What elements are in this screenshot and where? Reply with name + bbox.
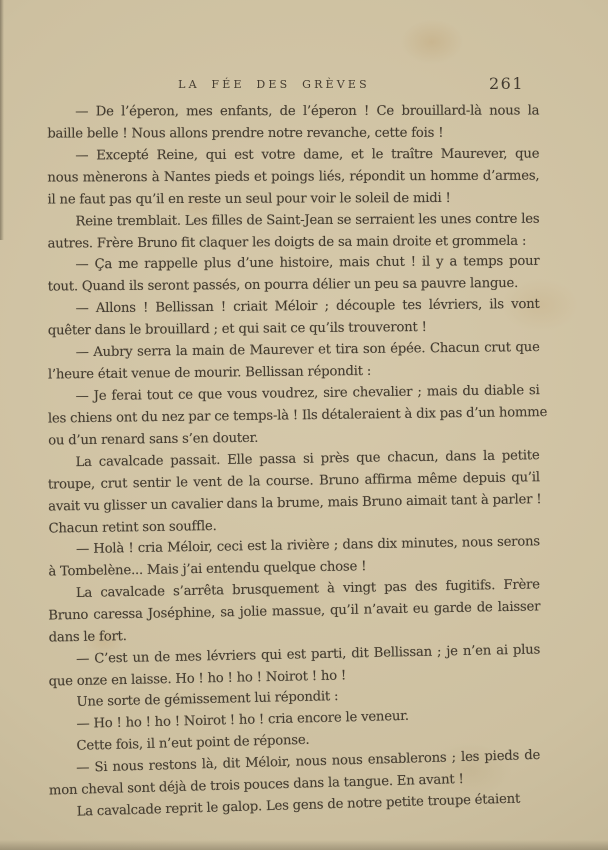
paragraph: — Allons ! Bellissan ! criait Méloir ; d… bbox=[47, 294, 539, 342]
paragraph: — Aubry serra la main de Maurever et tir… bbox=[48, 337, 540, 386]
paragraph: Reine tremblait. Les filles de Saint-Jea… bbox=[47, 208, 539, 255]
paragraph: — Ça me rappelle plus d’une histoire, ma… bbox=[47, 251, 539, 299]
text-line: — Excepté Reine, qui est votre dame, et … bbox=[47, 143, 539, 167]
text-line: Reine tremblait. Les filles de Saint-Jea… bbox=[47, 208, 539, 233]
text-line: — De l’éperon, mes enfants, de l’éperon … bbox=[47, 100, 539, 123]
paragraph: — Excepté Reine, qui est votre dame, et … bbox=[47, 143, 539, 211]
text-line: il ne faut pas qu’il en reste un seul po… bbox=[47, 187, 539, 211]
page-number: 261 bbox=[489, 74, 524, 93]
paragraph: — De l’éperon, mes enfants, de l’éperon … bbox=[47, 100, 539, 145]
paragraph: La cavalcade passait. Elle passa si près… bbox=[47, 445, 540, 540]
text-line: nous mènerons à Nantes pieds et poings l… bbox=[47, 165, 539, 189]
paragraph: — Je ferai tout ce que vous voudrez, sir… bbox=[47, 380, 540, 452]
text-line: baille belle ! Nous allons prendre notre… bbox=[47, 122, 539, 145]
text-block: — De l’éperon, mes enfants, de l’éperon … bbox=[47, 100, 541, 824]
scan-edge-shadow-bottom bbox=[0, 840, 608, 850]
book-page-scan: LA FÉE DES GRÈVES 261 — De l’éperon, mes… bbox=[0, 0, 608, 850]
running-header: LA FÉE DES GRÈVES 261 bbox=[48, 74, 540, 94]
paragraph: La cavalcade s’arrêta brusquement à ving… bbox=[48, 574, 541, 649]
running-header-title: LA FÉE DES GRÈVES bbox=[48, 78, 500, 91]
scan-edge-shadow-left bbox=[0, 0, 4, 240]
